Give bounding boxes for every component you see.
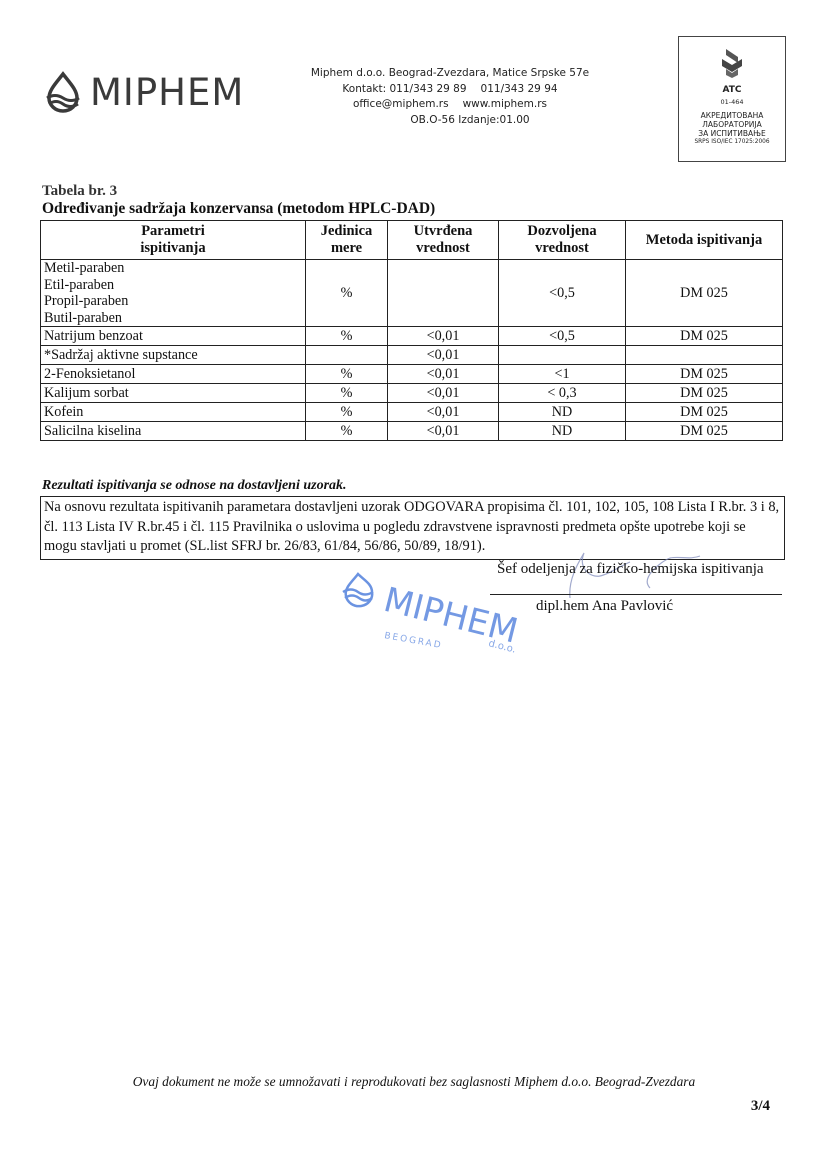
company-address: Miphem d.o.o. Beograd-Zvezdara, Matice S… — [300, 66, 600, 82]
cell-allowed: <1 — [499, 365, 626, 384]
atc-title: ATC — [679, 85, 785, 95]
table-row: 2-Fenoksietanol % <0,01 <1 DM 025 — [41, 365, 783, 384]
atc-text: АКРЕДИТОВАНА ЛАБОРАТОРИЈА ЗА ИСПИТИВАЊЕ — [679, 111, 785, 138]
cell-parameter: Kalijum sorbat — [41, 384, 306, 403]
table-row: Kalijum sorbat % <0,01 < 0,3 DM 025 — [41, 384, 783, 403]
table-row-parabens: Metil-paraben Etil-paraben Propil-parabe… — [41, 260, 783, 327]
cell-allowed: <0,5 — [499, 327, 626, 346]
table-row: Kofein % <0,01 ND DM 025 — [41, 403, 783, 422]
page-number: 3/4 — [751, 1098, 770, 1115]
cell-unit: % — [306, 365, 388, 384]
cell-unit: % — [306, 403, 388, 422]
cell-found: <0,01 — [388, 384, 499, 403]
cell-parameter: 2-Fenoksietanol — [41, 365, 306, 384]
email-link[interactable]: office@miphem.rs — [353, 98, 449, 110]
signature-line — [490, 594, 782, 595]
cell-method: DM 025 — [626, 384, 783, 403]
atc-logo-icon — [679, 47, 785, 83]
cell-found: <0,01 — [388, 346, 499, 365]
cell-parameter: Kofein — [41, 403, 306, 422]
cell-unit: % — [306, 384, 388, 403]
cell-found — [388, 260, 499, 327]
header-parameter: Parametriispitivanja — [41, 221, 306, 260]
cell-method: DM 025 — [626, 327, 783, 346]
cell-allowed: <0,5 — [499, 260, 626, 327]
table-row: Salicilna kiselina % <0,01 ND DM 025 — [41, 422, 783, 441]
cell-method: DM 025 — [626, 365, 783, 384]
cell-unit: % — [306, 422, 388, 441]
cell-parameter: Salicilna kiselina — [41, 422, 306, 441]
cell-allowed: < 0,3 — [499, 384, 626, 403]
header-allowed-value: Dozvoljenavrednost — [499, 221, 626, 260]
table-header-row: Parametriispitivanja Jedinicamere Utvrđe… — [41, 221, 783, 260]
table-row: *Sadržaj aktivne supstance <0,01 — [41, 346, 783, 365]
header-found-value: Utvrđenavrednost — [388, 221, 499, 260]
results-table: Parametriispitivanja Jedinicamere Utvrđe… — [40, 220, 783, 441]
table-row: Natrijum benzoat % <0,01 <0,5 DM 025 — [41, 327, 783, 346]
cell-parameter: *Sadržaj aktivne supstance — [41, 346, 306, 365]
website-link[interactable]: www.miphem.rs — [463, 98, 547, 110]
cell-method: DM 025 — [626, 403, 783, 422]
header-method: Metoda ispitivanja — [626, 221, 783, 260]
company-logo: MIPHEM — [44, 68, 244, 116]
cell-method — [626, 346, 783, 365]
atc-standard: SRPS ISO/IEC 17025:2006 — [679, 139, 785, 145]
cell-parameter: Natrijum benzoat — [41, 327, 306, 346]
drop-wave-icon — [44, 71, 82, 113]
company-contact: Miphem d.o.o. Beograd-Zvezdara, Matice S… — [300, 66, 600, 128]
table-number: Tabela br. 3 — [42, 183, 117, 200]
cell-found: <0,01 — [388, 365, 499, 384]
cell-method: DM 025 — [626, 422, 783, 441]
cell-unit: % — [306, 260, 388, 327]
cell-found: <0,01 — [388, 327, 499, 346]
signatory-name: dipl.hem Ana Pavlović — [536, 598, 673, 615]
stamp-city: BEOGRAD — [383, 631, 443, 651]
footer-disclaimer: Ovaj dokument ne može se umnožavati i re… — [0, 1074, 828, 1090]
header-unit: Jedinicamere — [306, 221, 388, 260]
cell-found: <0,01 — [388, 422, 499, 441]
email-web-line: office@miphem.rswww.miphem.rs — [300, 97, 600, 113]
cell-parameter: Metil-paraben Etil-paraben Propil-parabe… — [41, 260, 306, 327]
phone-1: 011/343 29 89 — [390, 83, 467, 95]
logo-text: MIPHEM — [90, 71, 244, 114]
cell-found: <0,01 — [388, 403, 499, 422]
phone-2: 011/343 29 94 — [481, 83, 558, 95]
cell-method: DM 025 — [626, 260, 783, 327]
cell-unit — [306, 346, 388, 365]
accreditation-badge: ATC 01-464 АКРЕДИТОВАНА ЛАБОРАТОРИЈА ЗА … — [678, 36, 786, 162]
document-code: OB.O-56 Izdanje:01.00 — [300, 113, 600, 129]
cell-unit: % — [306, 327, 388, 346]
results-note: Rezultati ispitivanja se odnose na dosta… — [42, 478, 347, 494]
atc-number: 01-464 — [679, 98, 785, 106]
table-title: Određivanje sadržaja konzervansa (metodo… — [42, 200, 435, 218]
signature-title: Šef odeljenja za fizičko-hemijska ispiti… — [497, 561, 764, 578]
cell-allowed: ND — [499, 403, 626, 422]
phone-line: Kontakt: 011/343 29 89011/343 29 94 — [300, 82, 600, 98]
cell-allowed: ND — [499, 422, 626, 441]
cell-allowed — [499, 346, 626, 365]
